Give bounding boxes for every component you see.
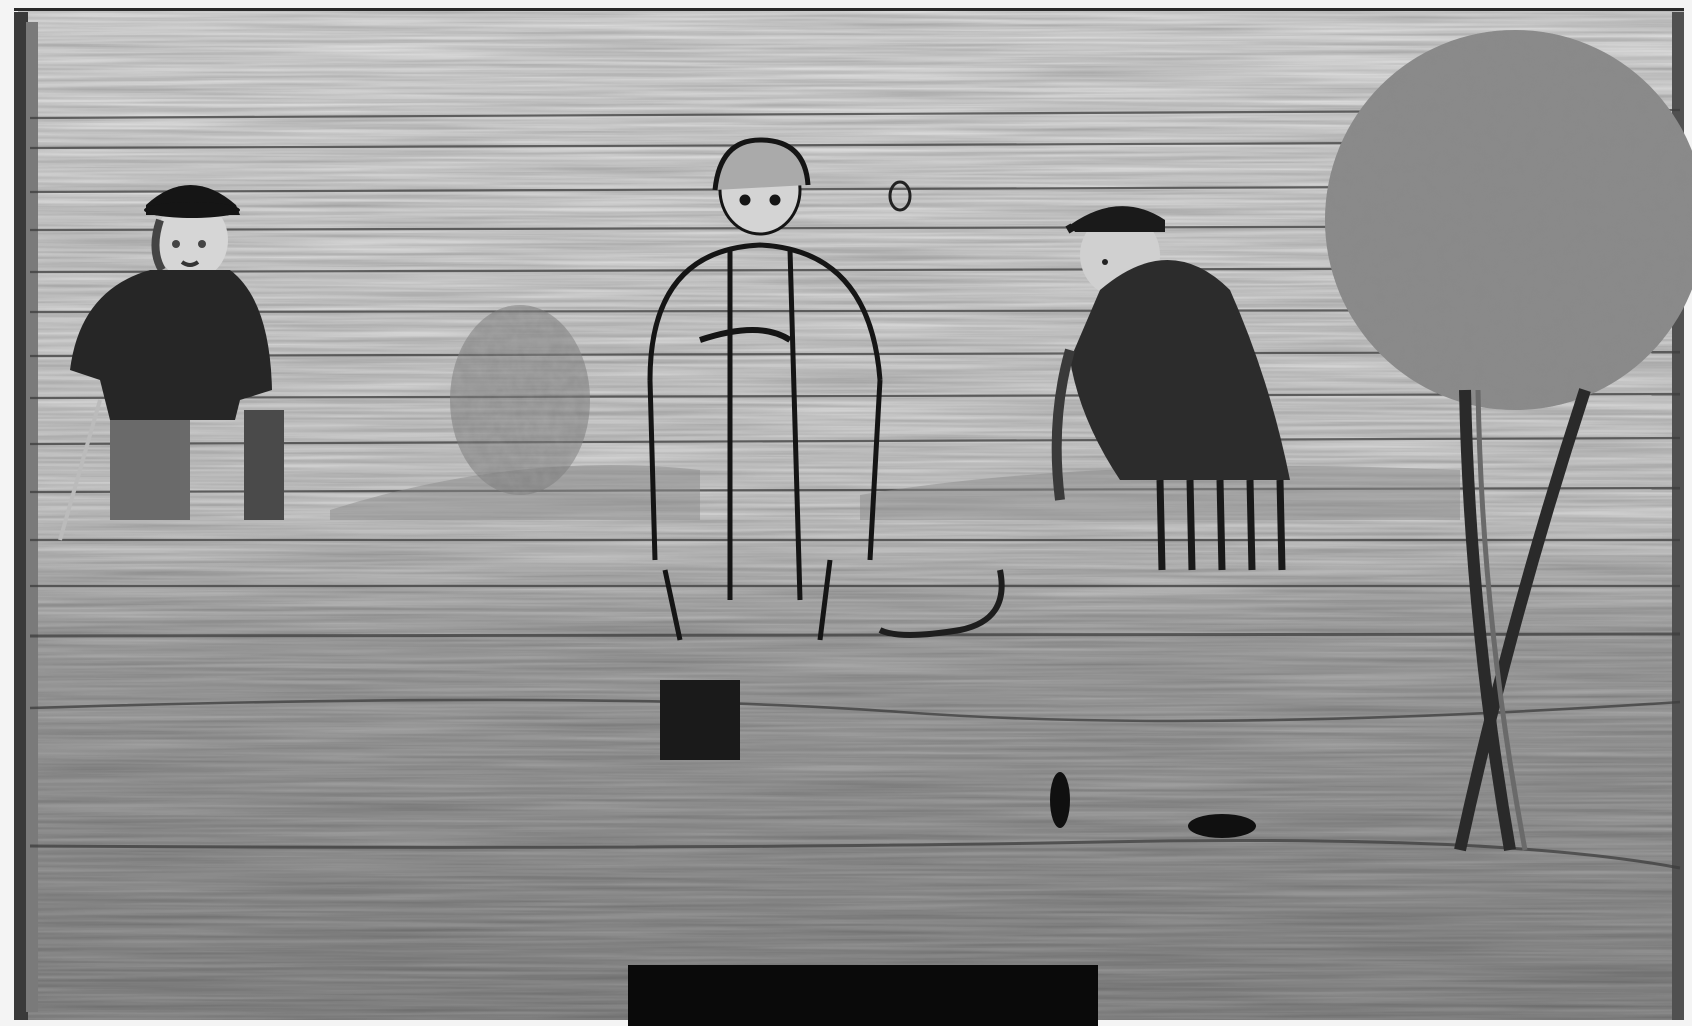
bottom-slot	[628, 965, 1098, 1026]
painted-wood-panel	[0, 0, 1692, 1026]
bush	[450, 305, 590, 495]
